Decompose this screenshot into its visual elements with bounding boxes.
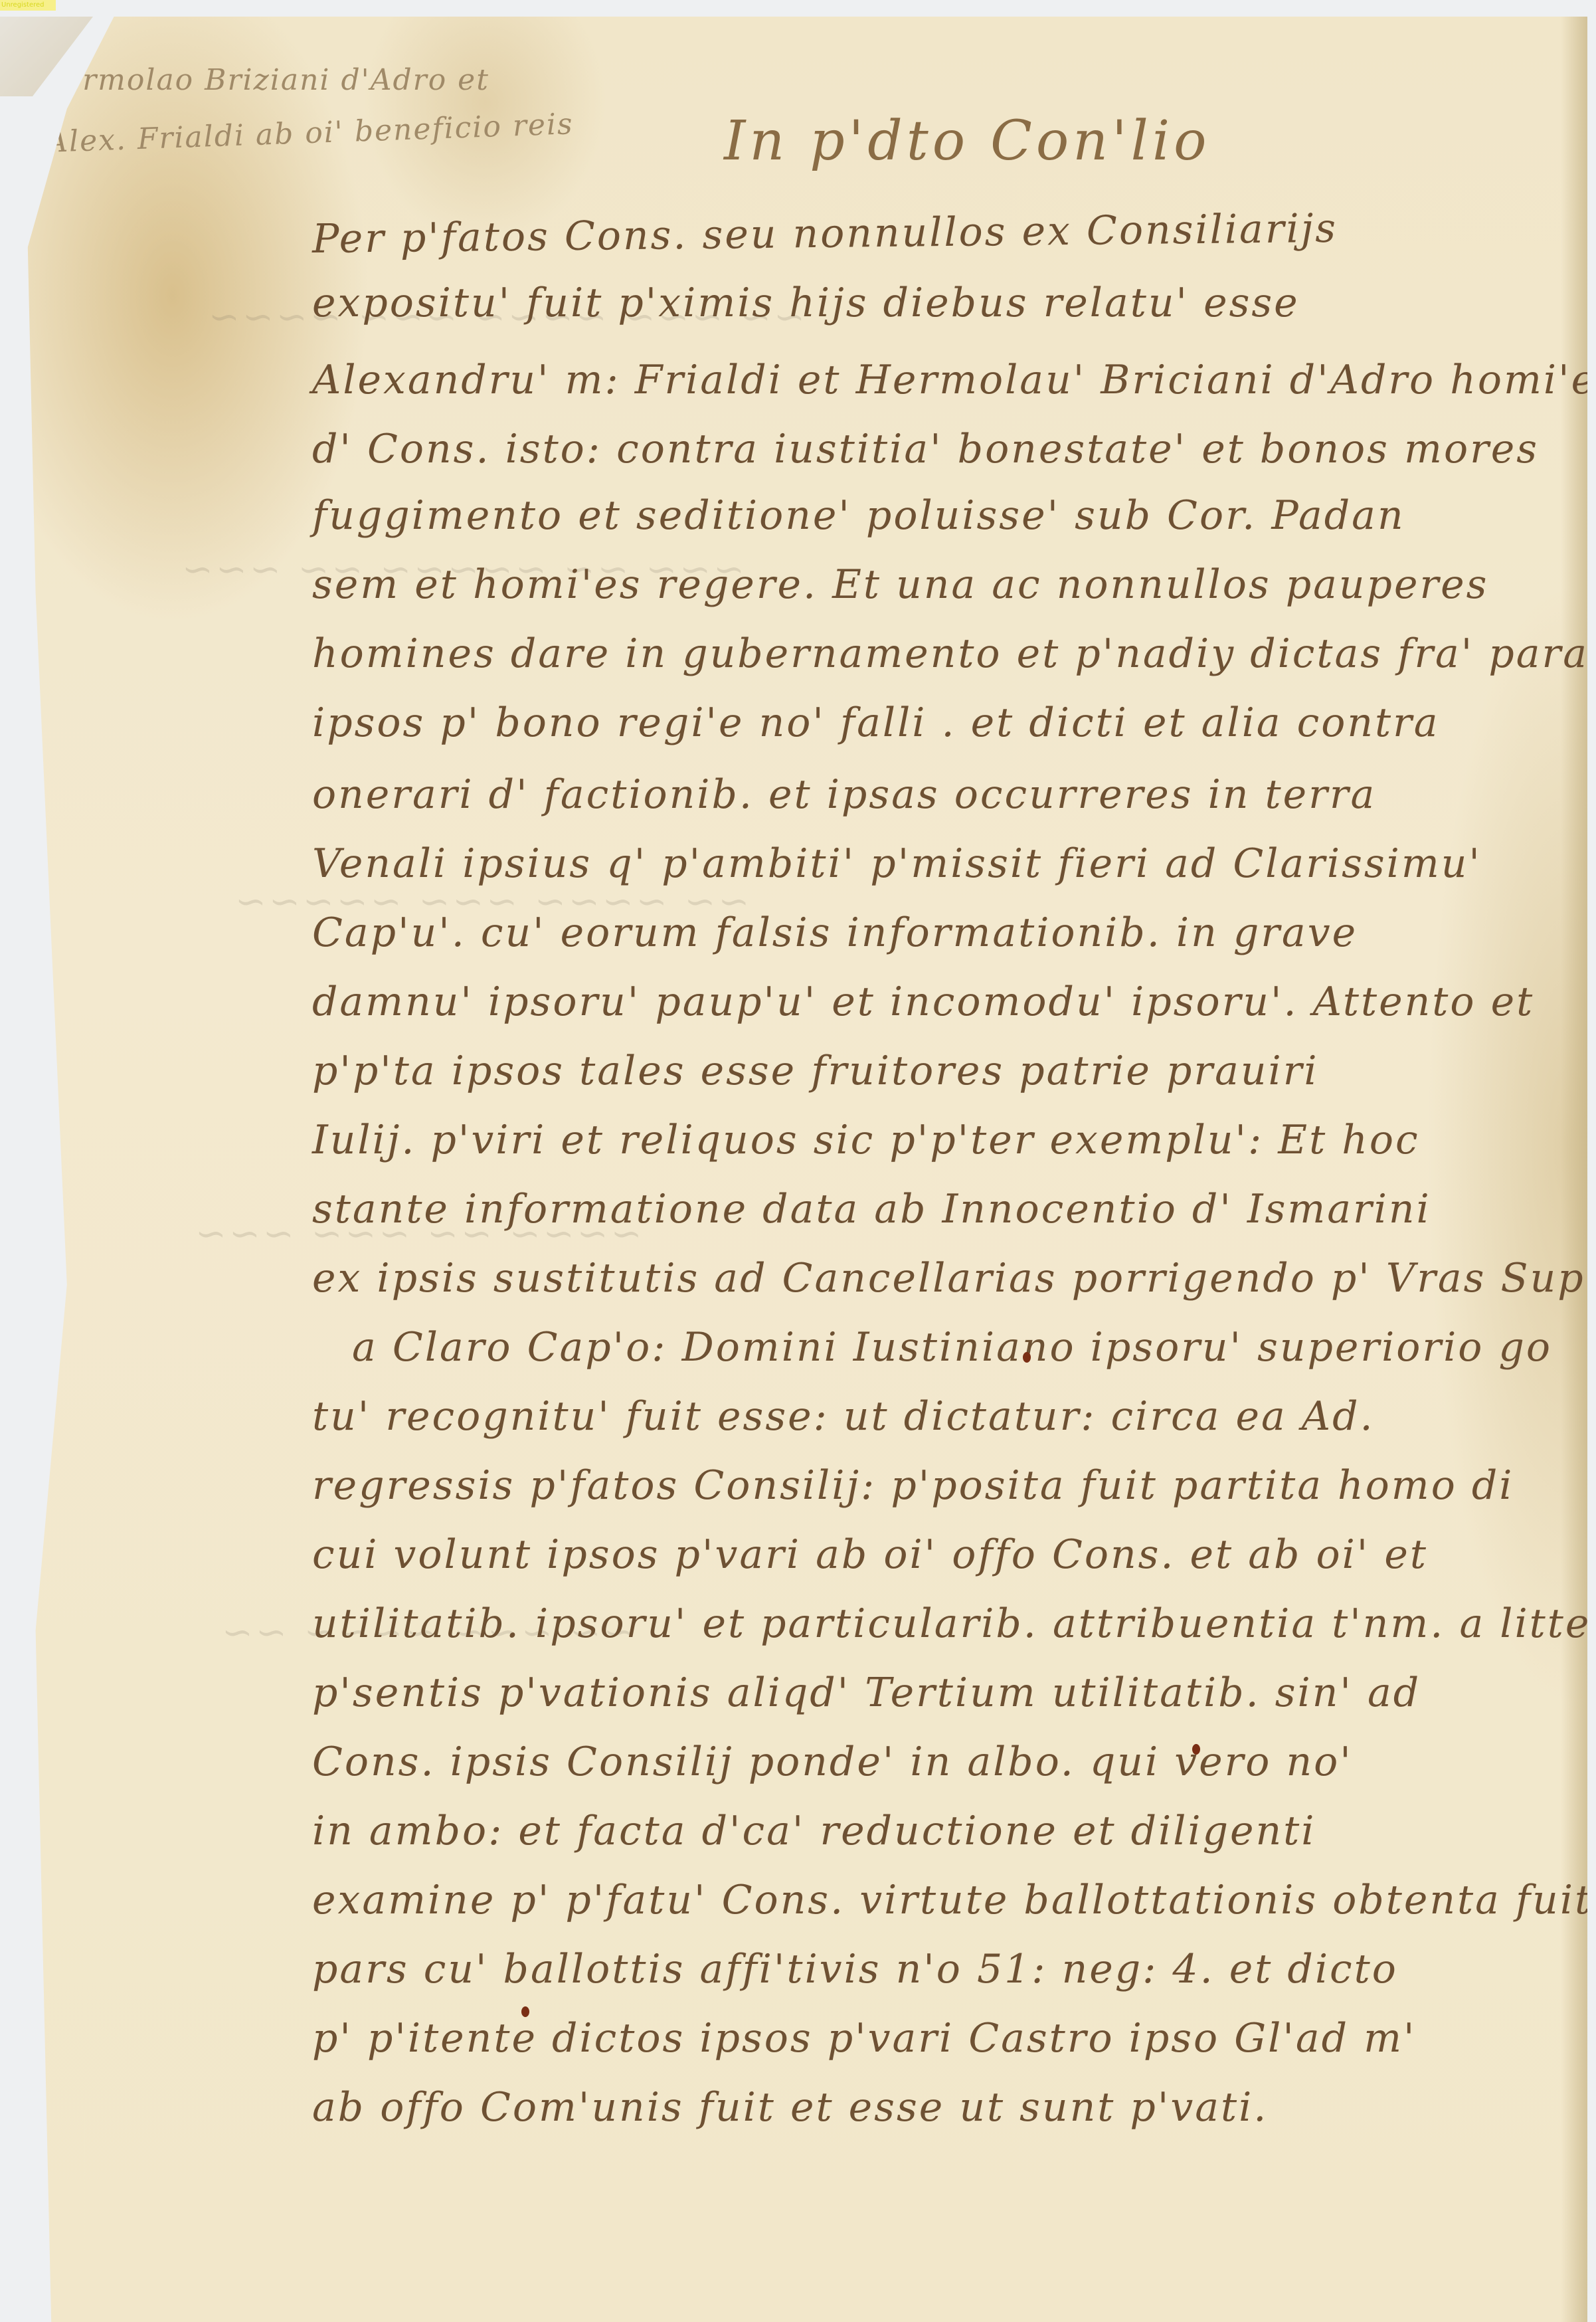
ink-spot xyxy=(1192,1744,1200,1755)
body-line: pars cu' ballottis affi'tivis n'o 51: ne… xyxy=(312,1946,1398,1992)
margin-note-line-2: Alex. Frialdi ab oi' beneficio reis xyxy=(46,107,574,159)
body-line: ipsos p' bono regi'e no' falli . et dict… xyxy=(312,700,1440,746)
body-line: p'p'ta ipsos tales esse fruitores patrie… xyxy=(312,1048,1319,1094)
ink-spot xyxy=(1023,1352,1031,1363)
body-line: tu' recognitu' fuit esse: ut dictatur: c… xyxy=(312,1393,1375,1440)
body-line: damnu' ipsoru' paup'u' et incomodu' ipso… xyxy=(312,979,1534,1025)
document-heading: In p'dto Con'lio xyxy=(724,110,1210,173)
body-line: examine p' p'fatu' Cons. virtute ballott… xyxy=(312,1877,1593,1923)
body-line: Venali ipsius q' p'ambiti' p'missit fier… xyxy=(312,840,1482,887)
margin-note-line-1: Ermolao Briziani d'Adro et xyxy=(60,63,489,97)
body-line: sem et homi'es regere. Et una ac nonnull… xyxy=(312,561,1488,608)
body-line: in ambo: et facta d'ca' reductione et di… xyxy=(312,1808,1316,1854)
folded-corner xyxy=(0,17,93,96)
body-line: Per p'fatos Cons. seu nonnullos ex Consi… xyxy=(312,205,1338,262)
manuscript-scan: ~~ ~~~ ~~~~ ~~~ ~~~~ ~~~ ~~ ~~~~~ ~~ ~~~… xyxy=(0,0,1596,2322)
body-line: ab offo Com'unis fuit et esse ut sunt p'… xyxy=(312,2084,1268,2131)
body-line: p' p'itente dictos ipsos p'vari Castro i… xyxy=(312,2015,1417,2062)
body-line: utilitatib. ipsoru' et particularib. att… xyxy=(312,1600,1596,1647)
body-line: p'sentis p'vationis aliqd' Tertium utili… xyxy=(312,1670,1421,1716)
body-line: Cap'u'. cu' eorum falsis informationib. … xyxy=(312,910,1358,956)
body-line: cui volunt ipsos p'vari ab oi' offo Cons… xyxy=(312,1531,1428,1578)
ink-spot xyxy=(521,2006,529,2017)
body-line: Alexandru' m: Frialdi et Hermolau' Brici… xyxy=(312,357,1596,403)
body-line: a Claro Cap'o: Domini Iustiniano ipsoru'… xyxy=(352,1324,1552,1371)
body-line: d' Cons. isto: contra iustitia' bonestat… xyxy=(312,426,1539,472)
unregistered-watermark: Unregistered xyxy=(0,0,56,11)
body-line: Iulij. p'viri et reliquos sic p'p'ter ex… xyxy=(312,1117,1420,1163)
body-line: onerari d' factionib. et ipsas occurrere… xyxy=(312,771,1376,818)
body-line: fuggimento et seditione' poluisse' sub C… xyxy=(312,492,1405,539)
body-line: homines dare in gubernamento et p'nadiy … xyxy=(312,630,1596,677)
body-line: regressis p'fatos Consilij: p'posita fui… xyxy=(312,1462,1514,1509)
manuscript-page: ~~ ~~~ ~~~~ ~~~ ~~~~ ~~~ ~~ ~~~~~ ~~ ~~~… xyxy=(20,17,1587,2322)
body-line: expositu' fuit p'ximis hijs diebus relat… xyxy=(312,280,1300,326)
body-line: stante informatione data ab Innocentio d… xyxy=(312,1186,1431,1232)
body-line: ex ipsis sustitutis ad Cancellarias porr… xyxy=(312,1255,1596,1302)
